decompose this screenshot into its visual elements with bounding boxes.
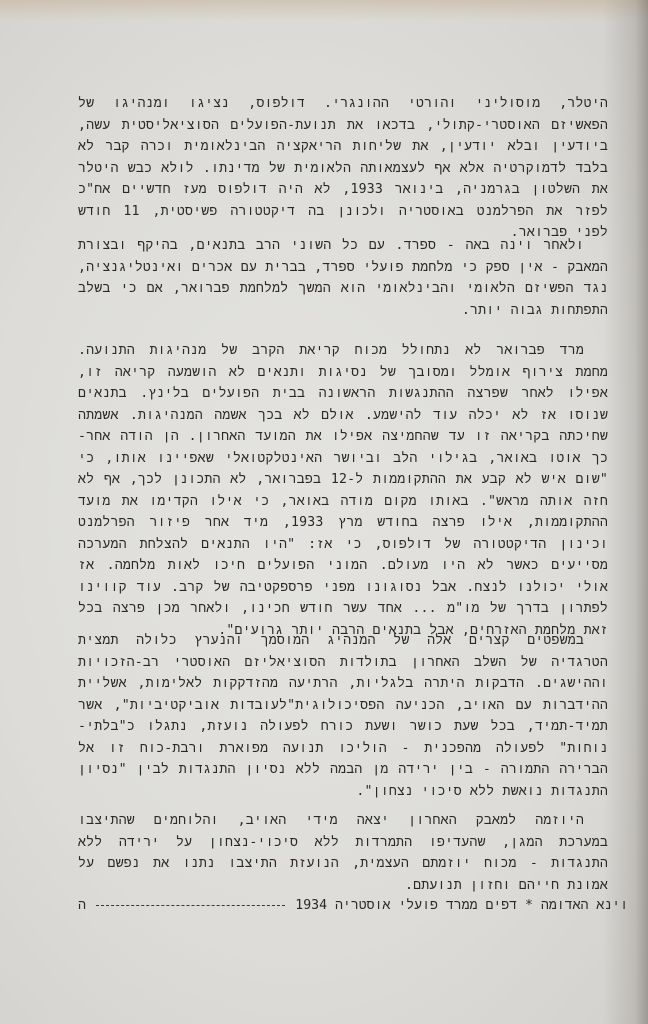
page-number: ה <box>78 898 86 913</box>
dashed-rule <box>96 905 285 906</box>
running-title: וינא האדומה * דפים ממרד פועלי אוסטריה 19… <box>295 898 628 913</box>
text-line: לפזר את הפרלמנט באוסטריה ולכונן בה דיקטט… <box>78 201 608 223</box>
text-line: הטרגדיה של השלב האחרון בתולדות הסוציאליז… <box>78 652 608 674</box>
text-line: כך אוטו באואר, בגילוי הלב וביושר האינטלק… <box>78 448 608 470</box>
text-line: ולאחר וינה באה - ספרד. עם כל השוני הרב ב… <box>78 235 608 257</box>
text-line: התפתחות גבוה יותר. <box>78 300 608 322</box>
text-line: וכינון הדיקטטורה של דולפוס, כי אז: "היו … <box>78 534 608 556</box>
text-line: נגד הפשיזם הלאומי והבינלאומי הוא המשך למ… <box>78 278 608 300</box>
text-line: מסייעים כאשר לא היו מעולם. המוני הפועלים… <box>78 555 608 577</box>
text-line: וההישגים. הדבקות היתרה בלגליות, הרתיעה מ… <box>78 673 608 695</box>
text-line: התנגדות - מכוח יוזמתם העצמית, הנועזת התי… <box>78 853 608 875</box>
paragraph-2: ולאחר וינה באה - ספרד. עם כל השוני הרב ב… <box>78 235 608 321</box>
text-line: המאבק - אין ספק כי מלחמת פועלי ספרד, בבר… <box>78 257 608 279</box>
text-line: בלבד לדמוקרטיה אלא אף לעצמאותה הלאומית ש… <box>78 158 608 180</box>
paragraph-5: היוזמה למאבק האחרון יצאה מידי האויב, והל… <box>78 810 608 896</box>
text-line: נוחות" לפעולה מהפכנית - הוליכו תנועה מפו… <box>78 738 608 760</box>
page-footer: וינא האדומה * דפים ממרד פועלי אוסטריה 19… <box>78 898 628 913</box>
text-line: התנגדות נואשת ללא סיכוי נצחון". <box>78 781 608 803</box>
text-line: ביודעין ובלא יודעין, את שליחות הריאקציה … <box>78 136 608 158</box>
text-line: הברירה התמורה - בין ירידה מן הבמה ללא נס… <box>78 759 608 781</box>
text-line: חזה אותה מראש". באותו מקום מודה באואר, כ… <box>78 491 608 513</box>
text-line: תמיד-תמיד, בכל שעת כושר ושעת כורח לפעולה… <box>78 716 608 738</box>
text-line: אמונת חייהם וחזון תנועתם. <box>78 875 608 897</box>
text-line: היטלר, מוסוליני והורטי ההונגרי. דולפוס, … <box>78 93 608 115</box>
text-line: אפילו לאחר שפרצה ההתנגשות הראשונה בבית ה… <box>78 383 608 405</box>
text-line: במשפטים קצרים אלה של המנהיג המוסמך והנער… <box>78 630 608 652</box>
text-line: ההתקוממות, אילו פרצה בחודש מרץ 1933, מיד… <box>78 512 608 534</box>
text-line: שחיכתה בקריאה זו עד שהחמיצה אפילו את המו… <box>78 426 608 448</box>
text-line: מחמת צירוף אומלל ומסובך של נסיגות ותנאים… <box>78 362 608 384</box>
text-line: במערכת המגן, שהעדיפו התמרדות ללא סיכוי-נ… <box>78 832 608 854</box>
text-line: היוזמה למאבק האחרון יצאה מידי האויב, והל… <box>78 810 608 832</box>
text-line: ההידברות עם האויב, הכניעה הפסיכולוגית"לע… <box>78 695 608 717</box>
text-line: את השלטון בגרמניה, בינואר 1933, לא היה ד… <box>78 179 608 201</box>
text-line: הפאשיזם האוסטרי-קתולי, בדכאו את תנועת-הפ… <box>78 115 608 137</box>
paragraph-4: במשפטים קצרים אלה של המנהיג המוסמך והנער… <box>78 630 608 802</box>
text-line: שנוסו אז לא יכלה עוד להישמע. אולם לא בכך… <box>78 405 608 427</box>
text-line: אולי יכולנו לנצח. אבל נסוגונו מפני פרספק… <box>78 577 608 599</box>
text-line: מרד פברואר לא נתחולל מכוח קריאת הקרב של … <box>78 340 608 362</box>
text-line: "שום איש לא קבע את ההתקוממות ל-12 בפברוא… <box>78 469 608 491</box>
scanned-book-page: היטלר, מוסוליני והורטי ההונגרי. דולפוס, … <box>0 0 648 1024</box>
text-line: לפתרון בדרך של מו"מ ... אחד עשר חודש חכי… <box>78 598 608 620</box>
paragraph-1: היטלר, מוסוליני והורטי ההונגרי. דולפוס, … <box>78 93 608 244</box>
paragraph-3: מרד פברואר לא נתחולל מכוח קריאת הקרב של … <box>78 340 608 641</box>
